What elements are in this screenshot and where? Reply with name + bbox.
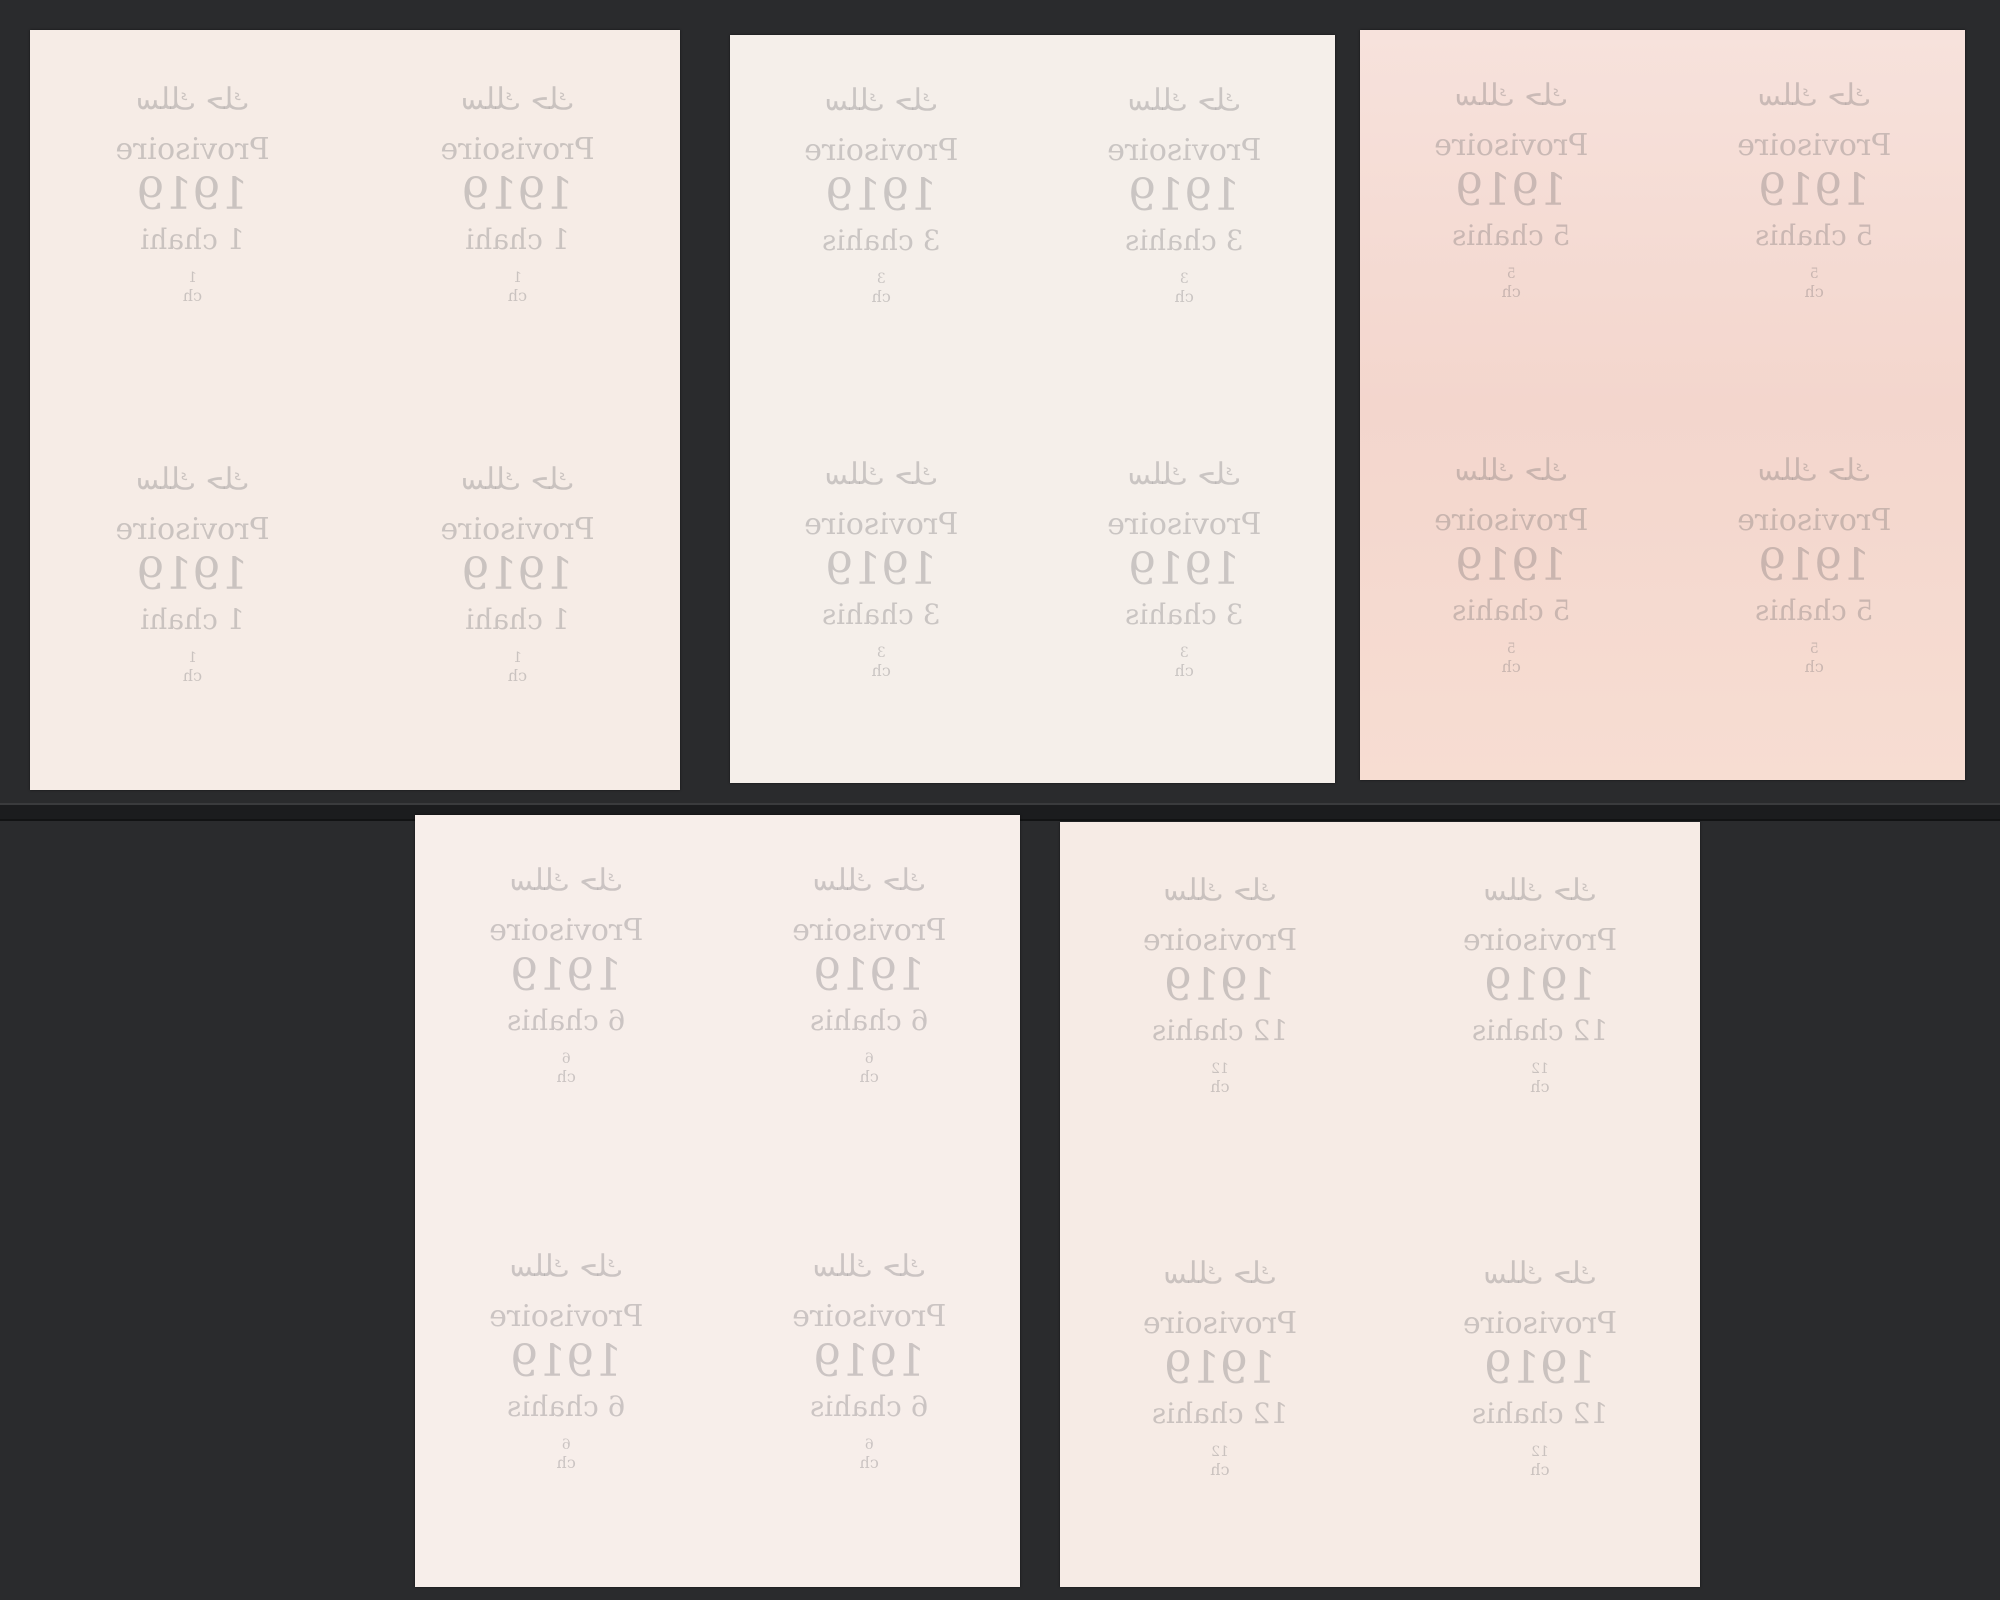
provisoire-text: Provisoire: [792, 1299, 946, 1334]
value-text: 1 chahi: [465, 223, 569, 256]
value-text: 3 chahis: [822, 598, 940, 631]
stamp-back-cell: ﺳﻠﻚ ﺣﻚProvisoire19196 chahis6ch: [415, 815, 718, 1201]
arabic-overprint: ﺳﻠﻚ ﺣﻚ: [1454, 453, 1568, 503]
year-text: 1919: [1128, 542, 1240, 598]
value-text: 12 chahis: [1472, 1397, 1608, 1430]
stamp-back-cell: ﺳﻠﻚ ﺣﻚProvisoire19193 chahis3ch: [1033, 409, 1336, 783]
small-unit: ch: [1174, 661, 1193, 680]
year-text: 1919: [1758, 538, 1870, 594]
year-text: 1919: [137, 167, 249, 223]
stamp-back-cell: ﺳﻠﻚ ﺣﻚProvisoire191912 chahis12ch: [1060, 1205, 1380, 1588]
stamp-back-cell: ﺳﻠﻚ ﺣﻚProvisoire19193 chahis3ch: [730, 409, 1033, 783]
small-numeral: 6: [562, 1051, 571, 1067]
stamp-back-cell: ﺳﻠﻚ ﺣﻚProvisoire19195 chahis5ch: [1663, 30, 1966, 405]
arabic-overprint: ﺳﻠﻚ ﺣﻚ: [824, 457, 938, 507]
provisoire-text: Provisoire: [1143, 923, 1297, 958]
stamp-back-cell: ﺳﻠﻚ ﺣﻚProvisoire191912 chahis12ch: [1380, 1205, 1700, 1588]
arabic-overprint: ﺳﻠﻚ ﺣﻚ: [461, 82, 575, 132]
year-text: 1919: [462, 547, 574, 603]
stamp-block-5-chahis: ﺳﻠﻚ ﺣﻚProvisoire19195 chahis5chﺳﻠﻚ ﺣﻚPro…: [1360, 30, 1965, 780]
value-text: 6 chahis: [507, 1390, 625, 1423]
small-numeral: 1: [513, 650, 522, 666]
stamp-back-cell: ﺳﻠﻚ ﺣﻚProvisoire19195 chahis5ch: [1360, 30, 1663, 405]
arabic-overprint: ﺳﻠﻚ ﺣﻚ: [1454, 78, 1568, 128]
year-text: 1919: [825, 542, 937, 598]
arabic-overprint: ﺳﻠﻚ ﺣﻚ: [461, 462, 575, 512]
stamp-back-cell: ﺳﻠﻚ ﺣﻚProvisoire191912 chahis12ch: [1380, 822, 1700, 1205]
small-unit: ch: [872, 661, 891, 680]
small-numeral: 5: [1809, 266, 1818, 282]
stamp-back-cell: ﺳﻠﻚ ﺣﻚProvisoire19196 chahis6ch: [415, 1201, 718, 1587]
value-text: 6 chahis: [810, 1004, 928, 1037]
value-text: 6 chahis: [810, 1390, 928, 1423]
small-numeral: 6: [562, 1437, 571, 1453]
provisoire-text: Provisoire: [440, 512, 594, 547]
stamp-back-cell: ﺳﻠﻚ ﺣﻚProvisoire19196 chahis6ch: [718, 815, 1021, 1201]
small-numeral: 12: [1531, 1444, 1549, 1460]
small-numeral: 1: [188, 270, 197, 286]
stamp-block-12-chahis: ﺳﻠﻚ ﺣﻚProvisoire191912 chahis12chﺳﻠﻚ ﺣﻚP…: [1060, 822, 1700, 1587]
small-unit: ch: [183, 666, 202, 685]
arabic-overprint: ﺳﻠﻚ ﺣﻚ: [509, 1249, 623, 1299]
provisoire-text: Provisoire: [792, 913, 946, 948]
small-unit: ch: [859, 1453, 878, 1472]
value-text: 12 chahis: [1152, 1014, 1288, 1047]
arabic-overprint: ﺳﻠﻚ ﺣﻚ: [1163, 873, 1277, 923]
provisoire-text: Provisoire: [1737, 128, 1891, 163]
year-text: 1919: [1455, 538, 1567, 594]
small-unit: ch: [557, 1067, 576, 1086]
small-numeral: 12: [1211, 1061, 1229, 1077]
small-unit: ch: [1804, 657, 1823, 676]
stamp-block-1-chahi: ﺳﻠﻚ ﺣﻚProvisoire19191 chahi1chﺳﻠﻚ ﺣﻚProv…: [30, 30, 680, 790]
provisoire-text: Provisoire: [1107, 507, 1261, 542]
small-numeral: 1: [513, 270, 522, 286]
year-text: 1919: [510, 948, 622, 1004]
small-unit: ch: [508, 666, 527, 685]
arabic-overprint: ﺳﻠﻚ ﺣﻚ: [1163, 1256, 1277, 1306]
value-text: 3 chahis: [1125, 598, 1243, 631]
value-text: 6 chahis: [507, 1004, 625, 1037]
small-unit: ch: [1502, 282, 1521, 301]
small-numeral: 5: [1507, 266, 1516, 282]
value-text: 5 chahis: [1452, 594, 1570, 627]
arabic-overprint: ﺳﻠﻚ ﺣﻚ: [1127, 457, 1241, 507]
provisoire-text: Provisoire: [804, 133, 958, 168]
provisoire-text: Provisoire: [489, 1299, 643, 1334]
year-text: 1919: [1484, 958, 1596, 1014]
provisoire-text: Provisoire: [1107, 133, 1261, 168]
stamp-back-cell: ﺳﻠﻚ ﺣﻚProvisoire19193 chahis3ch: [730, 35, 1033, 409]
small-numeral: 1: [188, 650, 197, 666]
value-text: 5 chahis: [1755, 594, 1873, 627]
provisoire-text: Provisoire: [115, 512, 269, 547]
provisoire-text: Provisoire: [115, 132, 269, 167]
value-text: 12 chahis: [1472, 1014, 1608, 1047]
value-text: 3 chahis: [1125, 224, 1243, 257]
value-text: 12 chahis: [1152, 1397, 1288, 1430]
year-text: 1919: [1484, 1341, 1596, 1397]
small-numeral: 3: [877, 271, 886, 287]
stamp-block-3-chahis: ﺳﻠﻚ ﺣﻚProvisoire19193 chahis3chﺳﻠﻚ ﺣﻚPro…: [730, 35, 1335, 783]
value-text: 3 chahis: [822, 224, 940, 257]
small-numeral: 3: [1179, 645, 1188, 661]
year-text: 1919: [1455, 163, 1567, 219]
year-text: 1919: [510, 1334, 622, 1390]
stamp-back-cell: ﺳﻠﻚ ﺣﻚProvisoire19191 chahi1ch: [30, 30, 355, 410]
provisoire-text: Provisoire: [1143, 1306, 1297, 1341]
provisoire-text: Provisoire: [440, 132, 594, 167]
year-text: 1919: [1128, 168, 1240, 224]
arabic-overprint: ﺳﻠﻚ ﺣﻚ: [509, 863, 623, 913]
small-unit: ch: [508, 286, 527, 305]
arabic-overprint: ﺳﻠﻚ ﺣﻚ: [824, 83, 938, 133]
small-numeral: 3: [877, 645, 886, 661]
year-text: 1919: [1164, 958, 1276, 1014]
arabic-overprint: ﺳﻠﻚ ﺣﻚ: [1757, 453, 1871, 503]
small-unit: ch: [1530, 1460, 1549, 1479]
provisoire-text: Provisoire: [1434, 128, 1588, 163]
small-unit: ch: [1530, 1077, 1549, 1096]
arabic-overprint: ﺳﻠﻚ ﺣﻚ: [812, 1249, 926, 1299]
arabic-overprint: ﺳﻠﻚ ﺣﻚ: [1757, 78, 1871, 128]
stamp-block-6-chahis: ﺳﻠﻚ ﺣﻚProvisoire19196 chahis6chﺳﻠﻚ ﺣﻚPro…: [415, 815, 1020, 1587]
provisoire-text: Provisoire: [1463, 923, 1617, 958]
small-unit: ch: [1502, 657, 1521, 676]
small-numeral: 5: [1507, 641, 1516, 657]
small-unit: ch: [183, 286, 202, 305]
arabic-overprint: ﺳﻠﻚ ﺣﻚ: [136, 82, 250, 132]
arabic-overprint: ﺳﻠﻚ ﺣﻚ: [1483, 1256, 1597, 1306]
year-text: 1919: [1758, 163, 1870, 219]
small-numeral: 5: [1809, 641, 1818, 657]
small-unit: ch: [557, 1453, 576, 1472]
year-text: 1919: [1164, 1341, 1276, 1397]
small-unit: ch: [1174, 287, 1193, 306]
arabic-overprint: ﺳﻠﻚ ﺣﻚ: [136, 462, 250, 512]
value-text: 5 chahis: [1755, 219, 1873, 252]
year-text: 1919: [813, 1334, 925, 1390]
value-text: 1 chahi: [140, 603, 244, 636]
arabic-overprint: ﺳﻠﻚ ﺣﻚ: [1483, 873, 1597, 923]
stamp-back-cell: ﺳﻠﻚ ﺣﻚProvisoire191912 chahis12ch: [1060, 822, 1380, 1205]
provisoire-text: Provisoire: [1737, 503, 1891, 538]
stamp-back-cell: ﺳﻠﻚ ﺣﻚProvisoire19191 chahi1ch: [30, 410, 355, 790]
year-text: 1919: [137, 547, 249, 603]
stamp-back-cell: ﺳﻠﻚ ﺣﻚProvisoire19191 chahi1ch: [355, 30, 680, 410]
provisoire-text: Provisoire: [489, 913, 643, 948]
small-numeral: 6: [864, 1051, 873, 1067]
arabic-overprint: ﺳﻠﻚ ﺣﻚ: [1127, 83, 1241, 133]
provisoire-text: Provisoire: [1434, 503, 1588, 538]
stamp-back-cell: ﺳﻠﻚ ﺣﻚProvisoire19195 chahis5ch: [1360, 405, 1663, 780]
small-unit: ch: [1210, 1077, 1229, 1096]
small-unit: ch: [859, 1067, 878, 1086]
year-text: 1919: [813, 948, 925, 1004]
year-text: 1919: [462, 167, 574, 223]
small-numeral: 12: [1211, 1444, 1229, 1460]
provisoire-text: Provisoire: [804, 507, 958, 542]
value-text: 5 chahis: [1452, 219, 1570, 252]
value-text: 1 chahi: [140, 223, 244, 256]
stamp-back-cell: ﺳﻠﻚ ﺣﻚProvisoire19195 chahis5ch: [1663, 405, 1966, 780]
value-text: 1 chahi: [465, 603, 569, 636]
stamp-back-cell: ﺳﻠﻚ ﺣﻚProvisoire19193 chahis3ch: [1033, 35, 1336, 409]
stamp-back-cell: ﺳﻠﻚ ﺣﻚProvisoire19191 chahi1ch: [355, 410, 680, 790]
small-numeral: 12: [1531, 1061, 1549, 1077]
small-unit: ch: [1210, 1460, 1229, 1479]
provisoire-text: Provisoire: [1463, 1306, 1617, 1341]
stamp-back-cell: ﺳﻠﻚ ﺣﻚProvisoire19196 chahis6ch: [718, 1201, 1021, 1587]
arabic-overprint: ﺳﻠﻚ ﺣﻚ: [812, 863, 926, 913]
small-unit: ch: [1804, 282, 1823, 301]
small-unit: ch: [872, 287, 891, 306]
year-text: 1919: [825, 168, 937, 224]
small-numeral: 3: [1179, 271, 1188, 287]
small-numeral: 6: [864, 1437, 873, 1453]
